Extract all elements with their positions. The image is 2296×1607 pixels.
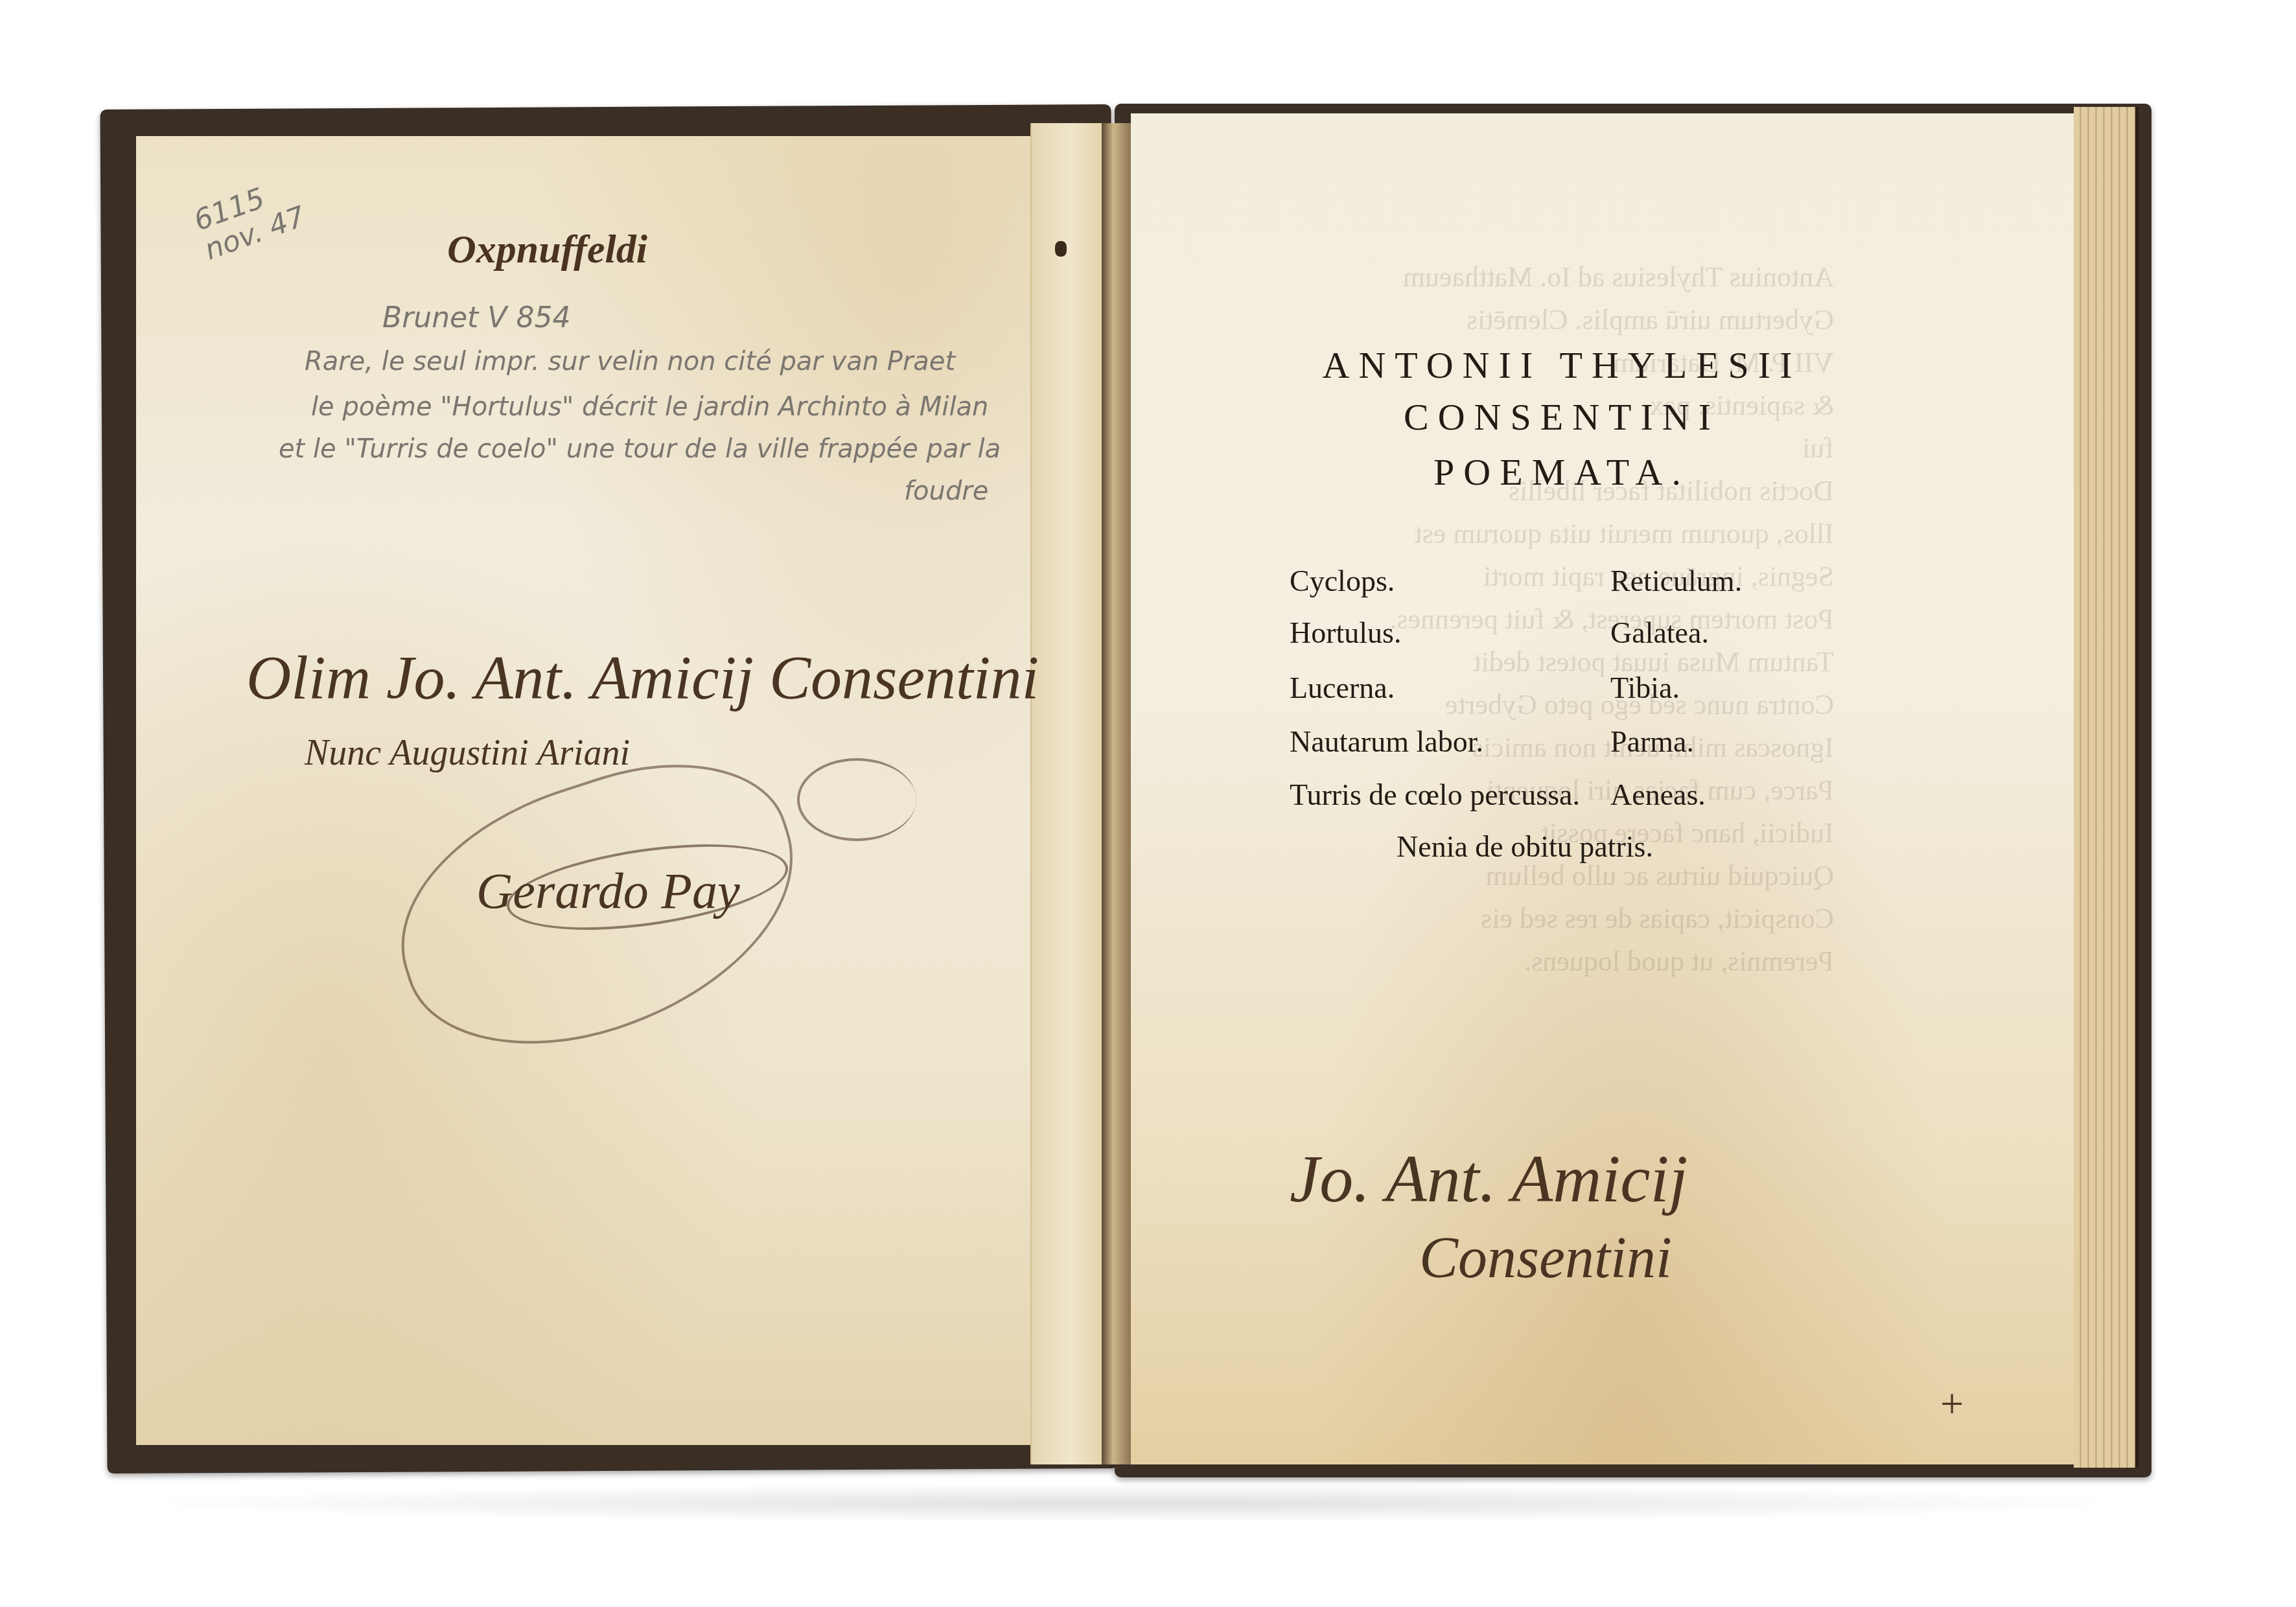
contents-item: Aeneas. xyxy=(1610,778,1706,812)
bleed-line: Contra nunc sed ego peto Gyberte xyxy=(1354,684,1834,726)
title-line-work: POEMATA. xyxy=(1270,450,1853,494)
contents-item: Hortulus. xyxy=(1290,616,1402,650)
contents-item: Turris de cœlo percussa. xyxy=(1290,778,1580,812)
contents-item: Galatea. xyxy=(1610,616,1709,650)
ownership-inscription-right: Jo. Ant. Amicij xyxy=(1290,1140,1687,1218)
bleed-line: Segnis, ingrāue nec rapit morti xyxy=(1354,555,1834,598)
book-gutter xyxy=(1102,123,1131,1464)
contents-item: Reticulum. xyxy=(1610,564,1742,598)
contents-final-item: Nenia de obitu patris. xyxy=(1397,829,1653,864)
wormhole xyxy=(1055,241,1067,257)
ownership-inscription-olim: Olim Jo. Ant. Amicij Consentini xyxy=(246,642,1039,713)
contents-item: Cyclops. xyxy=(1290,564,1395,598)
contents-item: Nautarum labor. xyxy=(1290,724,1483,759)
contents-item: Parma. xyxy=(1610,724,1694,759)
book-shadow xyxy=(113,1484,2155,1523)
pencil-note-line: foudre xyxy=(904,476,988,506)
bleed-line: Peremnis, ut quod loquens. xyxy=(1354,940,1834,983)
ownership-inscription-nunc: Nunc Augustini Ariani xyxy=(305,732,630,774)
flourished-signature: Gerardo Pay xyxy=(476,862,740,920)
ink-curve-stroke xyxy=(797,758,916,841)
page-edges xyxy=(2074,107,2139,1468)
bleed-line: Conspicit, capias de res sed eis xyxy=(1354,897,1834,940)
pencil-note-line: le poème "Hortulus" décrit le jardin Arc… xyxy=(311,392,988,422)
bleed-line: Gybertum uirū amplis. Clemētis xyxy=(1354,299,1834,341)
bleed-line: Tantum Musa iuuat potest dedit xyxy=(1354,641,1834,684)
bibliographic-reference: Brunet V 854 xyxy=(382,301,570,334)
pencil-note-line: Rare, le seul impr. sur velin non cité p… xyxy=(305,347,955,376)
ownership-mark-top: Oxpnuffeldi xyxy=(447,227,647,273)
contents-item: Lucerna. xyxy=(1290,671,1395,705)
bleed-line: Illos, quorum meruit uita quorum est xyxy=(1354,513,1834,555)
vellum-flap xyxy=(1030,123,1109,1464)
contents-item: Tibia. xyxy=(1610,671,1680,705)
corner-cross-mark: + xyxy=(1938,1380,1966,1428)
bleed-line: Post mortem superest, & fuit perennes. xyxy=(1354,598,1834,641)
ownership-inscription-right-place: Consentini xyxy=(1419,1225,1672,1291)
title-line-origin: CONSENTINI xyxy=(1270,395,1853,439)
pencil-note-line: et le "Turris de coelo" une tour de la v… xyxy=(279,434,1001,464)
bleed-line: Antonius Thylesius ad Io. Matthaeum xyxy=(1354,256,1834,299)
title-line-author: ANTONII THYLESII xyxy=(1270,343,1853,387)
